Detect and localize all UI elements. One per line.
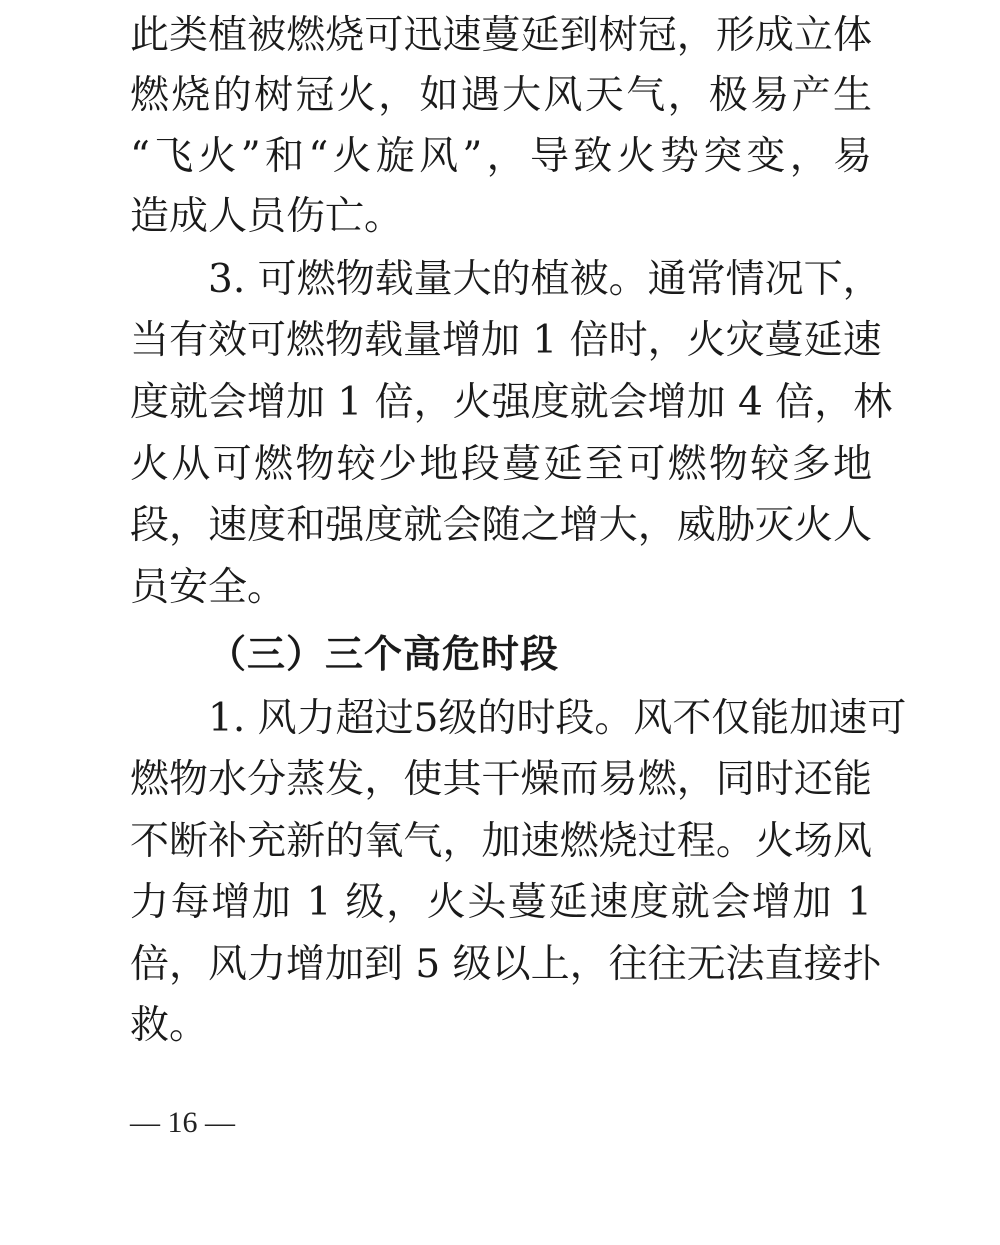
text-line: 3. 可燃物载量大的植被。通常情况下， [208,255,872,305]
text-line: 燃烧的树冠火，如遇大风天气，极易产生 [130,71,872,121]
text-line: “飞火”和“火旋风”，导致火势突变，易 [130,132,872,182]
text-line: 段，速度和强度就会随之增大，威胁灭火人 [130,501,872,551]
text-line: 1. 风力超过5级的时段。风不仅能加速可 [208,694,872,744]
section-heading: （三）三个高危时段 [208,629,559,679]
text-line: 造成人员伤亡。 [130,192,872,242]
text-line: 力每增加 1 级，火头蔓延速度就会增加 1 [130,878,872,928]
text-line: 火从可燃物较少地段蔓延至可燃物较多地 [130,440,872,490]
text-line: 不断补充新的氧气，加速燃烧过程。火场风 [130,817,872,867]
text-line: 员安全。 [130,563,872,613]
text-line: 度就会增加 1 倍，火强度就会增加 4 倍，林 [130,378,872,428]
text-line: 救。 [130,1001,872,1051]
text-line: 当有效可燃物载量增加 1 倍时，火灾蔓延速 [130,316,872,366]
text-line: 此类植被燃烧可迅速蔓延到树冠，形成立体 [130,11,872,61]
text-line: 倍，风力增加到 5 级以上，往往无法直接扑 [130,940,872,990]
text-line: 燃物水分蒸发，使其干燥而易燃，同时还能 [130,755,872,805]
page-number: — 16 — [130,1103,235,1143]
